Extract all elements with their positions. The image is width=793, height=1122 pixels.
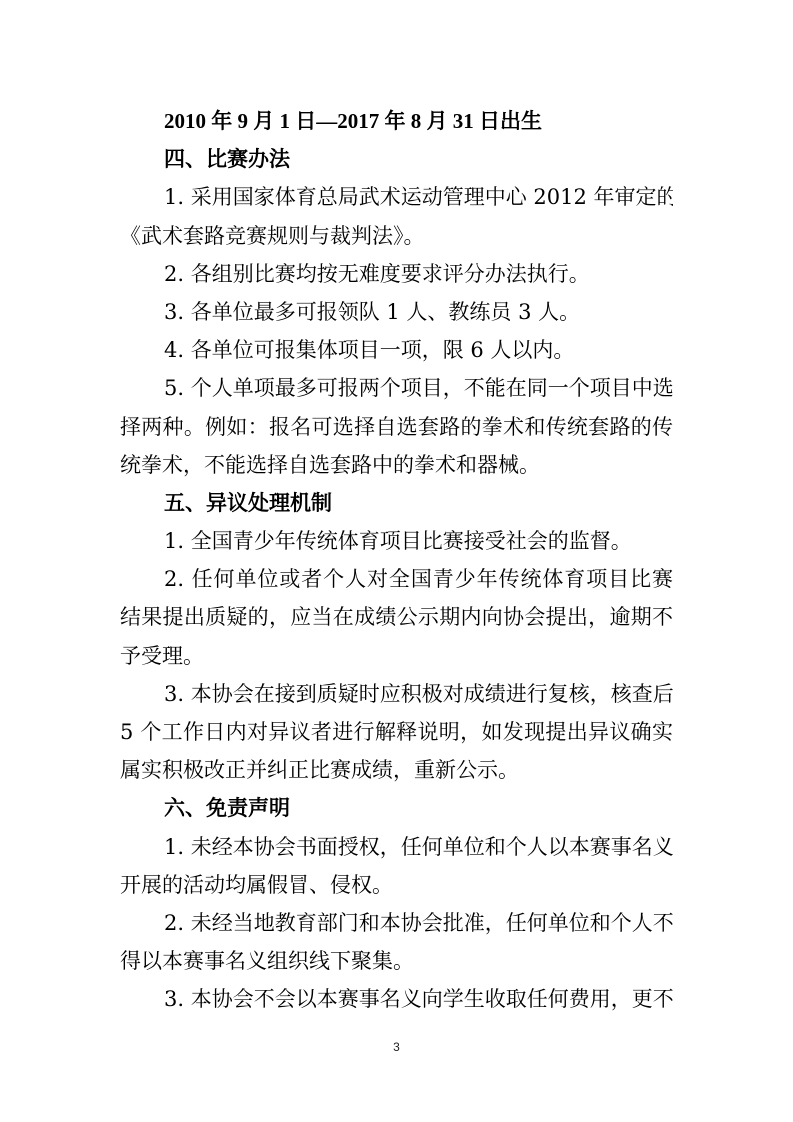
page-number: 3	[0, 1040, 793, 1054]
paragraph-line: 2. 各组别比赛均按无难度要求评分办法执行。	[120, 255, 673, 293]
paragraph-line: 择两种。例如：报名可选择自选套路的拳术和传统套路的传	[120, 408, 673, 446]
document-body: 2010 年 9 月 1 日—2017 年 8 月 31 日出生 四、比赛办法 …	[120, 102, 673, 1019]
section-heading-competition-method: 四、比赛办法	[120, 140, 673, 178]
paragraph-line: 属实积极改正并纠正比赛成绩，重新公示。	[120, 751, 673, 789]
paragraph-line: 《武术套路竞赛规则与裁判法》。	[120, 217, 673, 255]
paragraph-line: 予受理。	[120, 637, 673, 675]
section-heading-objection-mechanism: 五、异议处理机制	[120, 484, 673, 522]
paragraph-line: 开展的活动均属假冒、侵权。	[120, 866, 673, 904]
paragraph-line: 得以本赛事名义组织线下聚集。	[120, 942, 673, 980]
paragraph-line: 5. 个人单项最多可报两个项目，不能在同一个项目中选	[120, 369, 673, 407]
paragraph-line: 4. 各单位可报集体项目一项，限 6 人以内。	[120, 331, 673, 369]
paragraph-line: 3. 各单位最多可报领队 1 人、教练员 3 人。	[120, 293, 673, 331]
paragraph-line: 2. 未经当地教育部门和本协会批准，任何单位和个人不	[120, 904, 673, 942]
paragraph-line: 3. 本协会不会以本赛事名义向学生收取任何费用，更不	[120, 980, 673, 1018]
paragraph-line: 结果提出质疑的，应当在成绩公示期内向协会提出，逾期不	[120, 598, 673, 636]
paragraph-line: 5 个工作日内对异议者进行解释说明，如发现提出异议确实	[120, 713, 673, 751]
paragraph-line: 1. 全国青少年传统体育项目比赛接受社会的监督。	[120, 522, 673, 560]
paragraph-line: 3. 本协会在接到质疑时应积极对成绩进行复核，核查后	[120, 675, 673, 713]
paragraph-line: 统拳术，不能选择自选套路中的拳术和器械。	[120, 446, 673, 484]
paragraph-line: 1. 采用国家体育总局武术运动管理中心 2012 年审定的	[120, 178, 673, 216]
birth-date-range: 2010 年 9 月 1 日—2017 年 8 月 31 日出生	[120, 102, 673, 140]
paragraph-line: 1. 未经本协会书面授权，任何单位和个人以本赛事名义	[120, 828, 673, 866]
section-heading-disclaimer: 六、免责声明	[120, 789, 673, 827]
paragraph-line: 2. 任何单位或者个人对全国青少年传统体育项目比赛	[120, 560, 673, 598]
